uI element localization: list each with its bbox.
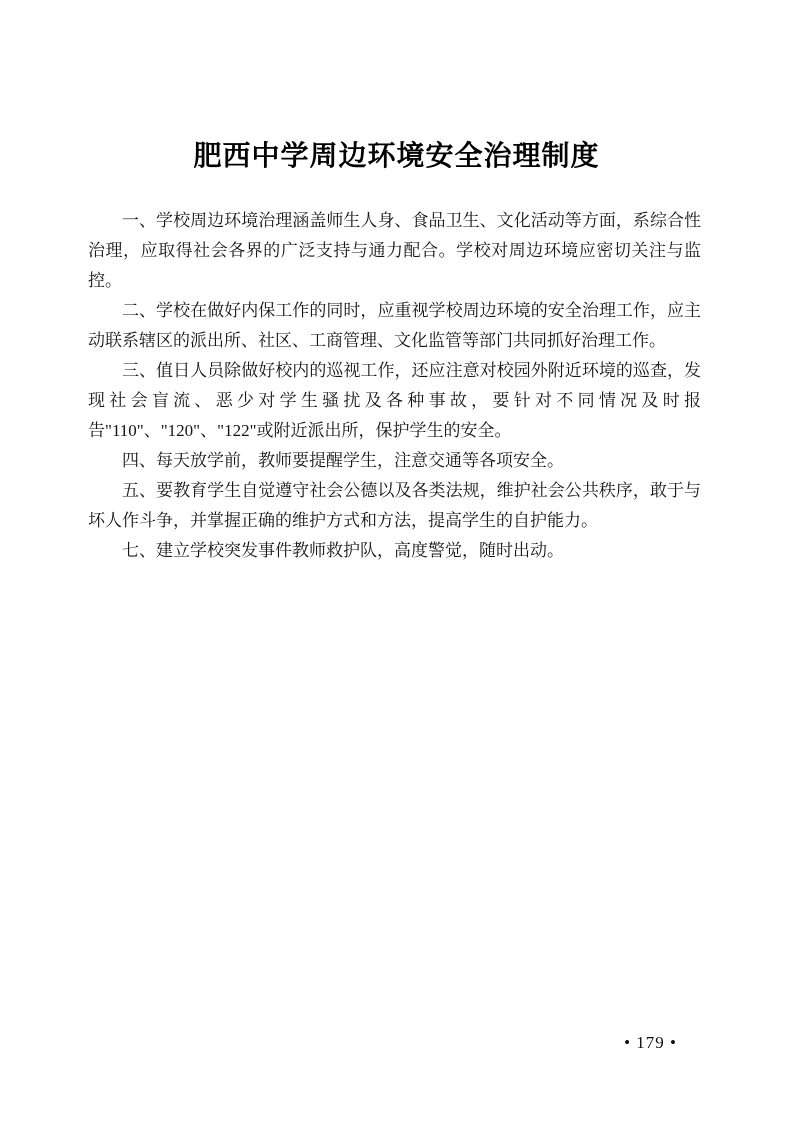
paragraph-5: 五、要教育学生自觉遵守社会公德以及各类法规，维护社会公共秩序，敢于与坏人作斗争，… bbox=[88, 476, 701, 536]
document-title: 肥西中学周边环境安全治理制度 bbox=[0, 0, 793, 172]
paragraph-4: 四、每天放学前，教师要提醒学生，注意交通等各项安全。 bbox=[88, 446, 701, 476]
paragraph-2: 二、学校在做好内保工作的同时，应重视学校周边环境的安全治理工作，应主动联系辖区的… bbox=[88, 296, 701, 356]
document-body: 一、学校周边环境治理涵盖师生人身、食品卫生、文化活动等方面，系综合性治理，应取得… bbox=[88, 206, 701, 566]
paragraph-1: 一、学校周边环境治理涵盖师生人身、食品卫生、文化活动等方面，系综合性治理，应取得… bbox=[88, 206, 701, 296]
paragraph-3: 三、值日人员除做好校内的巡视工作，还应注意对校园外附近环境的巡查，发现社会盲流、… bbox=[88, 356, 701, 446]
page-number: • 179 • bbox=[624, 1033, 677, 1053]
document-page: 肥西中学周边环境安全治理制度 一、学校周边环境治理涵盖师生人身、食品卫生、文化活… bbox=[0, 0, 793, 1122]
paragraph-6: 七、建立学校突发事件教师救护队，高度警觉，随时出动。 bbox=[88, 536, 701, 566]
